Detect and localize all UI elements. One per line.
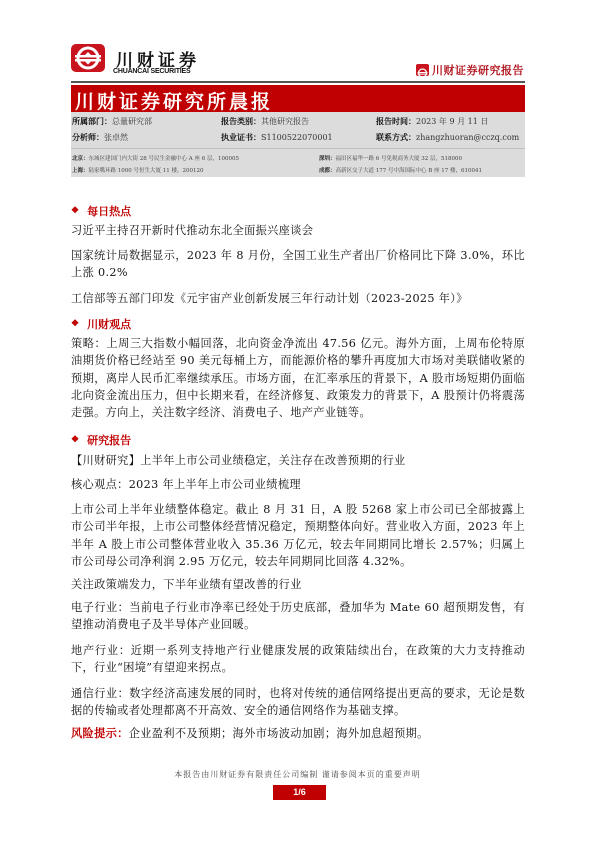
risk-text: 企业盈利不及预期；海外市场波动加剧；海外加息超预期。 — [129, 727, 429, 740]
header-divider — [71, 81, 525, 83]
company-logo — [71, 44, 105, 72]
license-label: 执业证书： — [221, 132, 261, 142]
shenzhen-address: 福田区福华一路 6 号免税商务大厦 32 层，518000 — [336, 156, 463, 162]
section-viewpoint-heading: ❖ 川财观点 — [71, 316, 131, 332]
research-paragraph: 电子行业：当前电子行业市净率已经处于历史底部，叠加华为 Mate 60 超预期发… — [71, 599, 525, 634]
section-title: 川财观点 — [87, 316, 131, 332]
logo-emblem-icon — [71, 44, 105, 72]
risk-warning: 风险提示：企业盈利不及预期；海外市场波动加剧；海外加息超预期。 — [71, 725, 525, 742]
chengdu-label: 成都： — [319, 168, 336, 174]
analyst-label: 分析师： — [72, 132, 104, 142]
risk-label: 风险提示： — [71, 726, 129, 740]
hot-item: 国家统计局数据显示，2023 年 8 月份，全国工业生产者出厂价格同比下降 3.… — [71, 247, 525, 282]
report-type-value: 其他研究报告 — [261, 117, 309, 126]
beijing-label: 北京： — [72, 156, 89, 162]
section-title: 研究报告 — [87, 432, 131, 448]
report-time-value: 2023 年 9 月 11 日 — [416, 117, 488, 126]
report-time-label: 报告时间： — [376, 116, 416, 126]
shanghai-address: 陆家嘴环路 1000 号恒生大厦 11 楼，200120 — [89, 168, 204, 174]
shanghai-label: 上海： — [72, 168, 89, 174]
chengdu-address: 高新区交子大道 177 号中海国际中心 B 座 17 楼，610041 — [336, 168, 483, 174]
section-title: 每日热点 — [87, 203, 131, 219]
mini-logo-icon — [416, 64, 429, 76]
diamond-bullet-icon: ❖ — [71, 435, 79, 445]
page-number: 1/6 — [273, 785, 326, 800]
research-headline: 【川财研究】上半年上市公司业绩稳定，关注存在改善预期的行业 — [71, 452, 525, 469]
viewpoint-paragraph: 策略：上周三大指数小幅回落，北向资金净流出 47.56 亿元。海外方面，上周布伦… — [71, 335, 525, 421]
department-label: 所属部门： — [72, 116, 112, 126]
research-paragraph: 地产行业：近期一系列支持地产行业健康发展的政策陆续出台，在政策的大力支持推动下，… — [71, 642, 525, 677]
section-daily-hot-heading: ❖ 每日热点 — [71, 203, 131, 219]
research-paragraph: 上市公司上半年业绩整体稳定。截止 8 月 31 日，A 股 5268 家上市公司… — [71, 501, 525, 570]
research-paragraph: 通信行业：数字经济高速发展的同时，也将对传统的通信网络提出更高的要求，无论是数据… — [71, 685, 525, 720]
department-value: 总量研究部 — [112, 117, 152, 126]
hot-item: 习近平主持召开新时代推动东北全面振兴座谈会 — [71, 222, 525, 239]
report-type-label: 报告类别： — [221, 116, 261, 126]
brand-tagline: 川财证券研究报告 — [416, 62, 524, 78]
analyst-value: 张卓然 — [104, 133, 128, 142]
contact-label: 联系方式： — [376, 132, 416, 142]
brand-tagline-text: 川财证券研究报告 — [432, 62, 524, 78]
research-paragraph: 关注政策端发力，下半年业绩有望改善的行业 — [71, 576, 525, 593]
footer-disclaimer: 本报告由川财证券有限责任公司编制 谨请参阅本页的重要声明 — [0, 769, 595, 780]
shenzhen-label: 深圳： — [319, 156, 336, 162]
hot-item: 工信部等五部门印发《元宇宙产业创新发展三年行动计划（2023-2025 年）》 — [71, 290, 525, 307]
diamond-bullet-icon: ❖ — [71, 319, 79, 329]
beijing-address: 东城区建国门内大街 28 号民生金融中心 A 座 6 层，100005 — [89, 156, 239, 162]
license-value: S1100522070001 — [261, 133, 333, 142]
title-bar: 川财证券研究所晨报 — [71, 85, 525, 112]
office-addresses: 北京：东城区建国门内大街 28 号民生金融中心 A 座 6 层，100005 深… — [71, 148, 525, 177]
logo-english-name: CHUANCAI SECURITIES — [113, 68, 190, 75]
diamond-bullet-icon: ❖ — [71, 206, 79, 216]
section-research-heading: ❖ 研究报告 — [71, 432, 131, 448]
page-title: 川财证券研究所晨报 — [75, 87, 273, 114]
research-core-view: 核心观点：2023 年上半年上市公司业绩梳理 — [71, 476, 525, 493]
contact-email[interactable]: zhangzhuoran@cczq.com — [416, 133, 519, 142]
report-meta: 所属部门：总量研究部 报告类别：其他研究报告 报告时间：2023 年 9 月 1… — [71, 112, 525, 148]
